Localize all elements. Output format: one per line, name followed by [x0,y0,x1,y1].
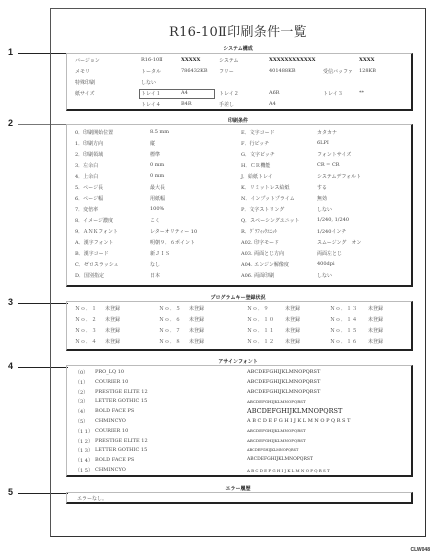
condition-value: 8.5 mm [150,129,169,135]
tray1-highlight-box [139,89,215,99]
system-config-cell: A6R [269,90,280,96]
system-config-cell: トレイ３ [323,90,343,97]
system-config-cell: トレイ４ [141,101,161,108]
condition-value: なし [150,261,160,268]
font-slot: （1 2） [75,438,93,445]
program-key-status: 未登録 [368,338,383,345]
font-sample: A B C D E F G H I J K L M N O P Q R S T [247,418,350,424]
condition-label: E．文字コード [241,129,275,136]
system-config-cell: 手差し [219,101,234,108]
printout-page: R16-10Ⅱ印刷条件一覧 システム構成 バージョンR16-10ⅡXXXXXシス… [50,8,426,537]
program-key-number: Ｎｏ．１３ [330,305,358,312]
font-name: LETTER GOTHIC 15 [95,398,147,404]
font-slot: （1） [75,379,88,386]
condition-label: A03. 両面とじ方向 [241,250,284,257]
condition-label: Q．スペーシングユニット [241,217,299,224]
system-config-cell: B4R [181,101,192,107]
system-config-cell: 786432KB [181,68,208,74]
print-conditions-section: 0．印刷開始位置8.5 mm1．印刷方向縦2．印刷領域標準3．左余白0 mm4．… [66,124,413,287]
font-sample: ABCDEFGHIJKLMNOPQRST [247,448,298,452]
system-config-cell: しない [141,79,156,86]
system-config-cell: ** [359,90,364,96]
font-name: CHMINCYO [95,467,126,473]
system-config-heading: システム構成 [51,45,425,52]
system-config-cell: 受信バッファ [323,68,353,75]
program-key-number: Ｎｏ．１ [75,305,97,312]
callout-4: 4 [8,361,13,371]
condition-label: 6．ページ幅 [75,195,103,202]
program-key-number: Ｎｏ．１１ [247,327,275,334]
font-slot: （1 5） [75,467,93,474]
condition-label: D．国別指定 [75,272,104,279]
program-key-status: 未登録 [105,316,120,323]
program-key-status: 未登録 [285,338,300,345]
condition-value: こく [150,217,160,224]
font-sample: ABCDEFGHIJKLMNOPQRST [247,369,320,375]
program-key-status: 未登録 [189,327,204,334]
condition-value: 標準 [150,151,160,158]
program-key-number: Ｎｏ．１４ [330,316,358,323]
program-key-status: 未登録 [105,305,120,312]
font-sample: A B C D E F G H I J K L M N O P Q R S T [247,468,330,473]
error-log-message: エラーなし。 [77,495,107,502]
program-key-number: Ｎｏ．４ [75,338,97,345]
program-key-number: Ｎｏ．８ [159,338,181,345]
program-key-number: Ｎｏ．１６ [330,338,358,345]
font-slot: （1 1） [75,428,93,435]
system-config-cell: システム [219,57,239,64]
font-name: COURIER 10 [95,379,128,385]
condition-label: 7．変倍率 [75,206,98,213]
program-key-status: 未登録 [189,305,204,312]
font-slot: （5） [75,418,88,425]
print-conditions-heading: 印刷条件 [51,117,425,124]
condition-value: CR = CR [317,162,340,168]
callout-1: 1 [8,47,13,57]
condition-value: 最大長 [150,184,165,191]
font-sample: ABCDEFGHIJKLMNOPQRST [247,379,320,385]
condition-value: しない [317,272,332,279]
condition-value: 0 mm [150,162,164,168]
system-config-cell: A4 [269,101,276,107]
system-config-cell: 紙サイズ [75,90,95,97]
font-slot: （2） [75,389,88,396]
condition-label: F．行ピッチ [241,140,269,147]
condition-label: 0．印刷開始位置 [75,129,113,136]
callout-3: 3 [8,297,13,307]
program-key-number: Ｎｏ．１２ [247,338,275,345]
condition-value: フォントサイズ [317,151,351,158]
font-name: BOLD FACE PS [95,457,134,463]
condition-value: 両面左とじ [317,250,342,257]
font-slot: （1 4） [75,457,93,464]
font-name: PRO_LQ 10 [95,369,124,375]
figure-code: CLW048 [411,547,430,553]
condition-label: 4．上余白 [75,173,98,180]
condition-value: 縦 [150,140,155,147]
font-sample: ABCDEFGHIJKLMNOPQRST [247,399,306,404]
system-config-cell: バージョン [75,57,100,64]
program-key-number: Ｎｏ．７ [159,327,181,334]
condition-value: スムージング オン [317,239,361,246]
page-title: R16-10Ⅱ印刷条件一覧 [51,21,425,40]
program-key-status: 未登録 [285,316,300,323]
program-key-number: Ｎｏ．３ [75,327,97,334]
condition-value: 1/240インチ [317,228,346,235]
font-sample: ABCDEFGHIJKLMNOPQRST [247,389,320,395]
program-keys-heading: プログラムキー登録状況 [51,294,425,301]
callout-5: 5 [8,487,13,497]
program-key-number: Ｎｏ．６ [159,316,181,323]
condition-label: H．ＣＲ機能 [241,162,270,169]
program-key-number: Ｎｏ．１５ [330,327,358,334]
condition-value: 6LPI [317,140,329,146]
condition-label: 3．左余白 [75,162,98,169]
condition-value: 0 mm [150,173,164,179]
condition-label: C．ゼロスラッシュ [75,261,119,268]
system-config-section: バージョンR16-10ⅡXXXXXシステムXXXXXXXXXXXXXXXXメモリ… [66,53,413,111]
system-config-cell: トレイ２ [219,90,239,97]
condition-value: カタカナ [317,129,337,136]
condition-label: J．給紙トレイ [241,173,273,180]
condition-value: 1/240, 1/240 [317,217,349,223]
condition-value: 100% [150,206,164,212]
condition-label: 8．イメージ濃度 [75,217,113,224]
condition-label: A04. エンジン解像度 [241,261,289,268]
condition-value: システムデフォルト [317,173,361,180]
font-name: PRESTIGE ELITE 12 [95,389,148,395]
condition-label: K．リミットレス給紙 [241,184,290,191]
condition-label: A．漢字フォント [75,239,113,246]
font-name: CHMINCYO [95,418,126,424]
error-log-section: エラーなし。 [66,492,413,504]
condition-label: G．文字ピッチ [241,151,275,158]
system-config-cell: R16-10Ⅱ [141,57,163,63]
font-name: BOLD FACE PS [95,408,134,414]
condition-label: B．漢字コード [75,250,109,257]
callout-2: 2 [8,118,13,128]
system-config-cell: 特殊印刷 [75,79,95,86]
program-key-number: Ｎｏ．９ [247,305,269,312]
font-sample: ABCDEFGHIJKLMNOPQRST [247,438,306,443]
system-config-cell: 128KB [359,68,376,74]
condition-value: 400dpi [317,261,335,267]
system-config-cell: XXXXXXXXXXXX [269,57,316,63]
assign-fonts-section: （0）PRO_LQ 10ABCDEFGHIJKLMNOPQRST（1）COURI… [66,365,413,477]
program-key-status: 未登録 [105,327,120,334]
program-key-status: 未登録 [285,327,300,334]
font-sample: ABCDEFGHIJKLMNOPQRST [247,407,342,415]
program-key-status: 未登録 [105,338,120,345]
program-key-status: 未登録 [285,305,300,312]
program-keys-section: Ｎｏ．１未登録Ｎｏ．２未登録Ｎｏ．３未登録Ｎｏ．４未登録Ｎｏ．５未登録Ｎｏ．６未… [66,301,413,351]
error-log-heading: エラー履歴 [51,485,425,492]
condition-label: R．ｸﾞﾗﾌｨｯｸﾕﾆｯﾄ [241,228,277,235]
system-config-cell: メモリ [75,68,90,75]
condition-label: N．インプットプライム [241,195,295,202]
condition-value: レターオリティー 10 [150,228,197,235]
condition-value: 新ＪＩＳ [150,250,170,257]
font-slot: （1 3） [75,447,93,454]
font-slot: （3） [75,398,88,405]
program-key-number: Ｎｏ．１０ [247,316,275,323]
condition-label: P．文字ストリング [241,206,284,213]
system-config-cell: フリー [219,68,234,75]
program-key-number: Ｎｏ．２ [75,316,97,323]
program-key-status: 未登録 [189,316,204,323]
program-key-status: 未登録 [189,338,204,345]
system-config-cell: 401488KB [269,68,296,74]
system-config-cell: XXXX [359,57,375,63]
condition-value: しない [317,206,332,213]
font-slot: （0） [75,369,88,376]
assign-fonts-heading: アサインフォント [51,358,425,365]
font-name: PRESTIGE ELITE 12 [95,438,148,444]
condition-value: 明朝９．６ポイント [150,239,195,246]
condition-label: 1．印刷方向 [75,140,103,147]
font-name: LETTER GOTHIC 15 [95,447,147,453]
condition-label: 2．印刷領域 [75,151,103,158]
program-key-status: 未登録 [368,305,383,312]
font-name: COURIER 10 [95,428,128,434]
font-slot: （4） [75,408,88,415]
program-key-status: 未登録 [368,316,383,323]
font-sample: ABCDEFGHIJKLMNOPQRST [247,457,313,462]
condition-label: A02. 印字モード [241,239,279,246]
condition-value: 用紙幅 [150,195,165,202]
condition-label: 5．ページ長 [75,184,103,191]
program-key-number: Ｎｏ．５ [159,305,181,312]
condition-label: 9．ＡＮＫフォント [75,228,118,235]
condition-value: 日本 [150,272,160,279]
system-config-cell: XXXXX [181,57,200,63]
font-sample: ABCDEFGHIJKLMNOPQRST [247,428,306,433]
program-key-status: 未登録 [368,327,383,334]
system-config-cell: トータル [141,68,161,75]
condition-label: A06. 両面印刷 [241,272,274,279]
condition-value: 無効 [317,195,327,202]
condition-value: する [317,184,327,191]
